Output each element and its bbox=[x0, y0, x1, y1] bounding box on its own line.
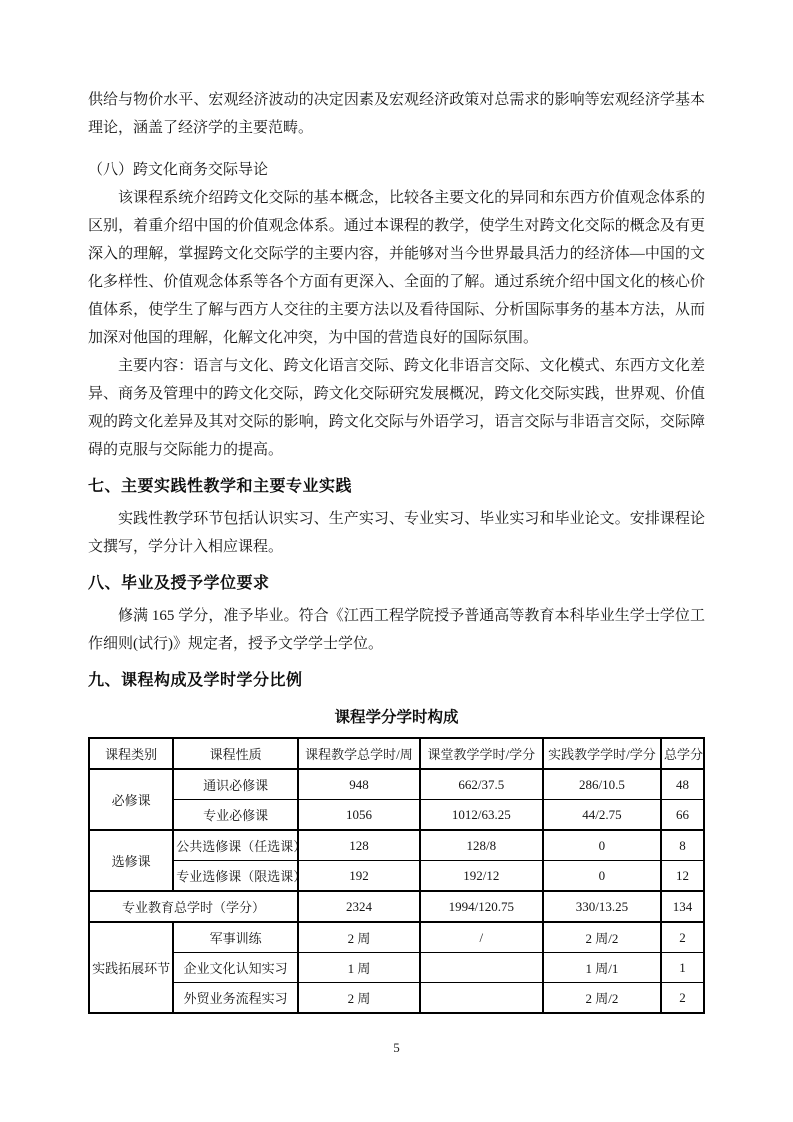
cell-nature: 军事训练 bbox=[173, 922, 298, 953]
table-row-professional-total: 专业教育总学时（学分） 2324 1994/120.75 330/13.25 1… bbox=[89, 891, 704, 922]
paragraph-course-description: 该课程系统介绍跨文化交际的基本概念，比较各主要文化的异同和东西方价值观念体系的区… bbox=[88, 184, 705, 352]
cell-credits: 1 bbox=[661, 953, 704, 983]
col-header-total-credits: 总学分 bbox=[661, 738, 704, 769]
cell-practice: 2 周/2 bbox=[543, 983, 661, 1014]
cell-category-practice-expansion: 实践拓展环节 bbox=[89, 922, 173, 1013]
col-header-course-nature: 课程性质 bbox=[173, 738, 298, 769]
cell-hours: 192 bbox=[298, 861, 420, 892]
cell-nature: 外贸业务流程实习 bbox=[173, 983, 298, 1014]
cell-hours: 1056 bbox=[298, 800, 420, 831]
cell-credits: 48 bbox=[661, 769, 704, 800]
cell-credits: 66 bbox=[661, 800, 704, 831]
document-page: 供给与物价水平、宏观经济波动的决定因素及宏观经济政策对总需求的影响等宏观经济学基… bbox=[0, 0, 793, 1122]
paragraph-practice-teaching: 实践性教学环节包括认识实习、生产实习、专业实习、毕业实习和毕业论文。安排课程论文… bbox=[88, 505, 705, 561]
subheading-section-8: （八）跨文化商务交际导论 bbox=[88, 156, 705, 184]
cell-practice: 44/2.75 bbox=[543, 800, 661, 831]
col-header-classroom-hours-credits: 课堂教学学时/学分 bbox=[420, 738, 543, 769]
cell-credits: 8 bbox=[661, 830, 704, 861]
table-header-row: 课程类别 课程性质 课程教学总学时/周 课堂教学学时/学分 实践教学学时/学分 … bbox=[89, 738, 704, 769]
cell-credits: 12 bbox=[661, 861, 704, 892]
cell-hours: 2 周 bbox=[298, 922, 420, 953]
heading-section-7: 七、主要实践性教学和主要专业实践 bbox=[88, 473, 705, 501]
cell-classroom bbox=[420, 983, 543, 1014]
cell-nature: 专业选修课（限选课） bbox=[173, 861, 298, 892]
cell-practice: 0 bbox=[543, 861, 661, 892]
cell-nature: 通识必修课 bbox=[173, 769, 298, 800]
cell-hours: 128 bbox=[298, 830, 420, 861]
cell-nature: 企业文化认知实习 bbox=[173, 953, 298, 983]
credit-structure-table: 课程类别 课程性质 课程教学总学时/周 课堂教学学时/学分 实践教学学时/学分 … bbox=[88, 737, 705, 1014]
cell-classroom: / bbox=[420, 922, 543, 953]
table-row-major-elective: 专业选修课（限选课） 192 192/12 0 12 bbox=[89, 861, 704, 892]
table-row-public-elective: 选修课 公共选修课（任选课） 128 128/8 0 8 bbox=[89, 830, 704, 861]
cell-practice: 1 周/1 bbox=[543, 953, 661, 983]
cell-classroom bbox=[420, 953, 543, 983]
cell-classroom: 192/12 bbox=[420, 861, 543, 892]
table-row-general-required: 必修课 通识必修课 948 662/37.5 286/10.5 48 bbox=[89, 769, 704, 800]
table-row-enterprise-culture-internship: 企业文化认知实习 1 周 1 周/1 1 bbox=[89, 953, 704, 983]
paragraph-macroecon-continuation: 供给与物价水平、宏观经济波动的决定因素及宏观经济政策对总需求的影响等宏观经济学基… bbox=[88, 86, 705, 142]
cell-practice: 2 周/2 bbox=[543, 922, 661, 953]
cell-classroom: 662/37.5 bbox=[420, 769, 543, 800]
cell-classroom: 1012/63.25 bbox=[420, 800, 543, 831]
heading-section-8: 八、毕业及授予学位要求 bbox=[88, 570, 705, 598]
cell-nature: 公共选修课（任选课） bbox=[173, 830, 298, 861]
cell-classroom: 1994/120.75 bbox=[420, 891, 543, 922]
paragraph-main-content: 主要内容：语言与文化、跨文化语言交际、跨文化非语言交际、文化模式、东西方文化差异… bbox=[88, 352, 705, 464]
cell-credits: 2 bbox=[661, 922, 704, 953]
cell-hours: 2324 bbox=[298, 891, 420, 922]
table-title: 课程学分学时构成 bbox=[88, 705, 705, 731]
cell-practice: 330/13.25 bbox=[543, 891, 661, 922]
cell-hours: 2 周 bbox=[298, 983, 420, 1014]
cell-total-label: 专业教育总学时（学分） bbox=[89, 891, 298, 922]
paragraph-graduation-requirements: 修满 165 学分，准予毕业。符合《江西工程学院授予普通高等教育本科毕业生学士学… bbox=[88, 602, 705, 658]
table-row-foreign-trade-internship: 外贸业务流程实习 2 周 2 周/2 2 bbox=[89, 983, 704, 1014]
table-row-major-required: 专业必修课 1056 1012/63.25 44/2.75 66 bbox=[89, 800, 704, 831]
col-header-practice-hours-credits: 实践教学学时/学分 bbox=[543, 738, 661, 769]
table-row-military-training: 实践拓展环节 军事训练 2 周 / 2 周/2 2 bbox=[89, 922, 704, 953]
cell-category-elective: 选修课 bbox=[89, 830, 173, 891]
cell-category-required: 必修课 bbox=[89, 769, 173, 830]
cell-credits: 134 bbox=[661, 891, 704, 922]
cell-practice: 286/10.5 bbox=[543, 769, 661, 800]
cell-hours: 1 周 bbox=[298, 953, 420, 983]
heading-section-9: 九、课程构成及学时学分比例 bbox=[88, 667, 705, 695]
col-header-course-category: 课程类别 bbox=[89, 738, 173, 769]
cell-nature: 专业必修课 bbox=[173, 800, 298, 831]
cell-hours: 948 bbox=[298, 769, 420, 800]
cell-practice: 0 bbox=[543, 830, 661, 861]
col-header-total-hours-weeks: 课程教学总学时/周 bbox=[298, 738, 420, 769]
cell-classroom: 128/8 bbox=[420, 830, 543, 861]
page-number: 5 bbox=[0, 1040, 793, 1056]
cell-credits: 2 bbox=[661, 983, 704, 1014]
